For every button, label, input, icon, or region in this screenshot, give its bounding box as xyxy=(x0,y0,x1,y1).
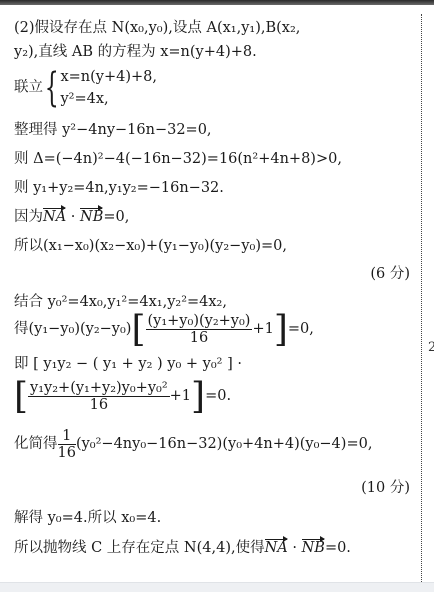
line-3-system: 联立{x=n(y+4)+8,y²=4x, xyxy=(14,66,157,110)
line-15: 所以抛物线 C 上存在定点 N(4,4),使得NA · NB=0. xyxy=(14,540,351,557)
line-4: 整理得 y²−4ny−16n−32=0, xyxy=(14,122,212,139)
line-6: 则 y₁+y₂=4n,y₁y₂=−16n−32. xyxy=(14,180,224,197)
vector-NB: NB xyxy=(80,209,103,226)
vector-NB: NB xyxy=(302,540,325,557)
line-12: [y₁y₂+(y₁+y₂)y₀+y₀²16+1]=0. xyxy=(14,380,231,413)
line-5: 则 Δ=(−4n)²−4(−16n−32)=16(n²+4n+8)>0, xyxy=(14,151,342,168)
top-border xyxy=(0,0,434,5)
line-14: 解得 y₀=4.所以 x₀=4. xyxy=(14,510,161,527)
fraction: 116 xyxy=(58,428,76,461)
score-10: (10 分) xyxy=(361,480,410,497)
line-11: 即 [ y₁y₂ − ( y₁ + y₂ ) y₀ + y₀² ] · xyxy=(14,356,242,373)
dotted-divider xyxy=(421,14,422,582)
part-label: (2) xyxy=(14,20,35,36)
line-8: 所以(x₁−x₀)(x₂−x₀)+(y₁−y₀)(y₂−y₀)=0, xyxy=(14,238,287,255)
vector-NA: NA xyxy=(43,209,66,226)
score-6: (6 分) xyxy=(370,266,410,283)
bottom-strip xyxy=(0,582,434,592)
line-2: y₂),直线 AB 的方程为 x=n(y+4)+8. xyxy=(14,44,257,61)
line-13: 化简得116(y₀²−4ny₀−16n−32)(y₀+4n+4)(y₀−4)=0… xyxy=(14,428,372,461)
vector-NA: NA xyxy=(265,540,288,557)
fraction: y₁y₂+(y₁+y₂)y₀+y₀²16 xyxy=(28,380,170,413)
brace-icon: { xyxy=(45,70,59,106)
line-1: (2)假设存在点 N(x₀,y₀),设点 A(x₁,y₁),B(x₂, xyxy=(14,20,300,37)
line-10: 得(y₁−y₀)(y₂−y₀)[(y₁+y₀)(y₂+y₀)16+1]=0, xyxy=(14,313,314,346)
margin-mark: 2 xyxy=(428,340,434,355)
fraction: (y₁+y₀)(y₂+y₀)16 xyxy=(146,313,253,346)
line-9: 结合 y₀²=4x₀,y₁²=4x₁,y₂²=4x₂, xyxy=(14,294,227,311)
line-7: 因为NA · NB=0, xyxy=(14,209,129,226)
